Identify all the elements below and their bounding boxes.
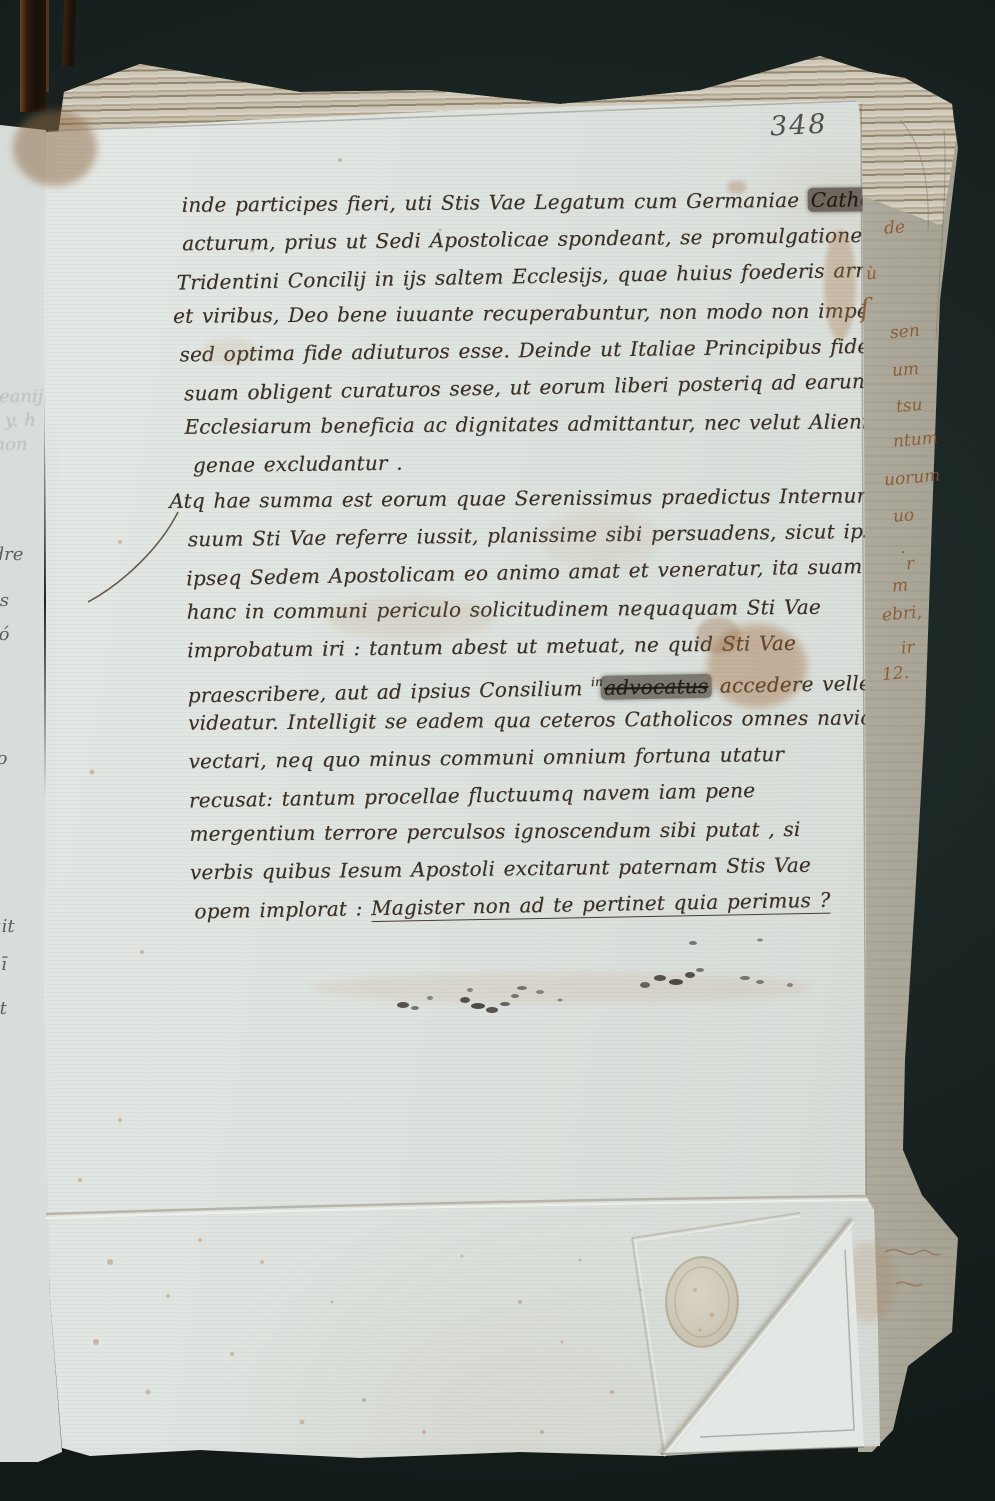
- page-edge-text-fragment: r: [905, 554, 915, 575]
- page-edge-text-fragment: ntum: [892, 428, 938, 452]
- page-edge-text-fragment: uo: [892, 505, 915, 527]
- paragraph: Atq hae summa est eorum quae Serenissimu…: [185, 476, 890, 929]
- page-edge-text-fragment: ir: [900, 637, 915, 658]
- page-edge-text-fragment: ró: [0, 624, 9, 645]
- manuscript-line: videatur. Intelligit se eadem qua cetero…: [188, 699, 888, 741]
- page-edge-text-fragment: ſ: [859, 294, 871, 325]
- page-edge-text-fragment: mī: [0, 954, 7, 975]
- page-edge-text-fragment: rdre: [0, 544, 23, 565]
- page-edge-text-fragment: ebri,: [881, 602, 923, 625]
- manuscript-page: 348 inde participes fieri, uti Stis Vae …: [0, 0, 995, 1501]
- manuscript-line: Ecclesiarum beneficia ac dignitates admi…: [184, 403, 884, 445]
- page-edge-text-fragment: nt: [0, 998, 7, 1019]
- page-edge-text-fragment: uit: [0, 916, 15, 937]
- manuscript-text: inde participes fieri, uti Stis Vae Lega…: [182, 180, 891, 928]
- page-edge-text-fragment: ro: [0, 748, 7, 769]
- page-edge-text-fragment: is: [0, 590, 9, 611]
- page-edge-text-fragment: de: [883, 217, 906, 239]
- page-edge-text-fragment: Keanij: [0, 386, 43, 407]
- book-binding-thread: [46, 0, 49, 92]
- page-edge-text-fragment: ù: [865, 264, 878, 285]
- manuscript-line: mergentium terrore perculsos ignoscendum…: [189, 810, 889, 852]
- manuscript-line: inde participes fieri, uti Stis Vae Lega…: [182, 181, 882, 223]
- page-edge-text-fragment: tsu: [895, 395, 923, 417]
- page-edge-text-fragment: m: [891, 575, 909, 596]
- book-binding-strip: [20, 0, 46, 112]
- page-edge-text-fragment: 12.: [881, 663, 910, 685]
- page-edge-text-fragment: sen: [889, 321, 920, 344]
- book-binding-cord: [62, 0, 76, 66]
- manuscript-line: Atq hae summa est eorum quae Serenissimu…: [169, 477, 885, 520]
- page-edge-text-fragment: um: [891, 359, 920, 381]
- manuscript-scan: 348 inde participes fieri, uti Stis Vae …: [0, 0, 995, 1501]
- page-edge-text-fragment: b. y. h: [0, 410, 36, 431]
- page-edge-text-fragment: mon: [0, 434, 28, 455]
- manuscript-line: hanc in communi periculo solicitudinem n…: [187, 588, 887, 630]
- manuscript-line: et viribus, Deo bene iuuante recuperabun…: [173, 292, 883, 335]
- paragraph: inde participes fieri, uti Stis Vae Lega…: [182, 180, 886, 485]
- folio-number: 348: [769, 109, 828, 143]
